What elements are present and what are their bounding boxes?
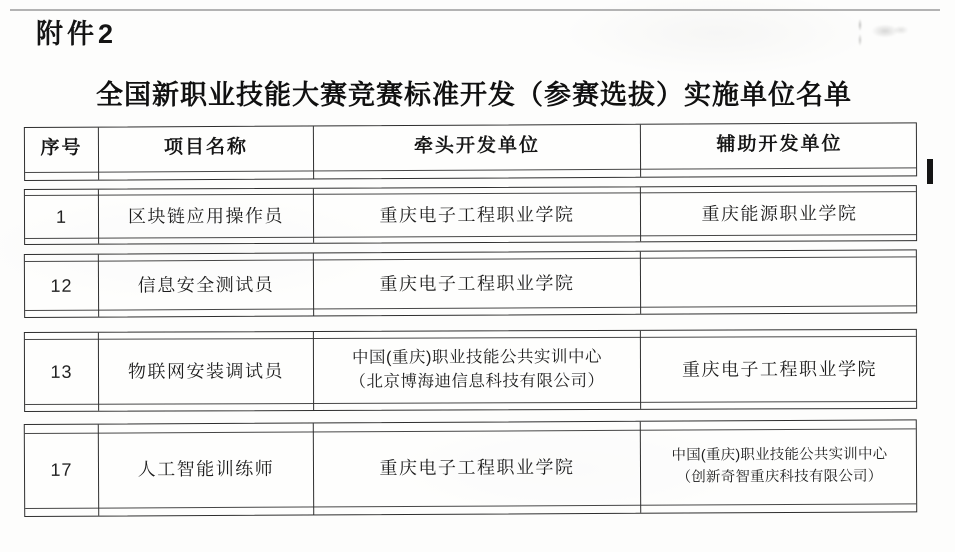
table-row: 13 物联网安装调试员 中国(重庆)职业技能公共实训中心 （北京博海迪信息科技有… [24, 329, 917, 412]
lead-unit-line1: 中国(重庆)职业技能公共实训中心 [352, 346, 602, 371]
assist-unit-line1: 重庆电子工程职业学院 [682, 356, 877, 383]
cell-project: 区块链应用操作员 [99, 189, 314, 244]
scan-artifact-bar [927, 159, 933, 184]
project-name: 人工智能训练师 [138, 456, 275, 483]
row-number: 1 [56, 204, 67, 230]
lead-unit-line1: 重庆电子工程职业学院 [379, 455, 574, 482]
table-row: 17 人工智能训练师 重庆电子工程职业学院 中国(重庆)职业技能公共实训中心 （… [24, 419, 917, 517]
project-name: 信息安全测试员 [138, 272, 275, 299]
cell-no: 17 [25, 425, 99, 516]
cell-no: 12 [25, 255, 99, 317]
project-name: 物联网安装调试员 [128, 358, 284, 385]
lead-unit-line2: （北京博海迪信息科技有限公司） [349, 370, 604, 395]
cell-lead-unit: 重庆电子工程职业学院 [314, 422, 641, 515]
cell-assist-unit: 重庆电子工程职业学院 [641, 330, 918, 409]
attachment-label: 附件2 [36, 12, 117, 51]
assist-unit-line1: 重庆能源职业学院 [701, 200, 857, 227]
table-header-row: 序号 项目名称 牵头开发单位 辅助开发单位 [24, 122, 917, 181]
header-label: 项目名称 [164, 134, 248, 162]
scan-noise-smudge [857, 18, 923, 46]
cell-no: 13 [25, 333, 99, 411]
row-number: 13 [50, 359, 72, 385]
table-row: 12 信息安全测试员 重庆电子工程职业学院 [24, 249, 917, 318]
project-name: 区块链应用操作员 [128, 203, 284, 230]
header-label: 辅助开发单位 [716, 131, 842, 159]
cell-project: 信息安全测试员 [99, 253, 314, 316]
document-title: 全国新职业技能大赛竞赛标准开发（参赛选拔）实施单位名单 [24, 73, 924, 112]
lead-unit-line1: 重庆电子工程职业学院 [379, 270, 574, 297]
assist-unit-line2: （创新奇智重庆科技有限公司） [677, 466, 883, 488]
cell-project: 物联网安装调试员 [99, 332, 314, 411]
assist-unit-line1: 中国(重庆)职业技能公共实训中心 [671, 445, 887, 467]
header-label: 牵头开发单位 [414, 133, 540, 161]
cell-project: 人工智能训练师 [99, 423, 314, 515]
scan-top-hairline [10, 9, 940, 11]
row-number: 12 [50, 273, 72, 299]
header-label: 序号 [40, 135, 82, 163]
cell-lead-unit: 中国(重庆)职业技能公共实训中心 （北京博海迪信息科技有限公司） [314, 331, 641, 410]
row-number: 17 [50, 457, 72, 483]
cell-assist-unit: 中国(重庆)职业技能公共实训中心 （创新奇智重庆科技有限公司） [641, 420, 918, 512]
cell-no: 1 [25, 190, 99, 244]
scanned-document-page: 附件2 全国新职业技能大赛竞赛标准开发（参赛选拔）实施单位名单 序号 项目名称 … [0, 0, 955, 552]
lead-unit-line1: 重庆电子工程职业学院 [379, 202, 574, 229]
table-row: 1 区块链应用操作员 重庆电子工程职业学院 重庆能源职业学院 [24, 185, 917, 245]
